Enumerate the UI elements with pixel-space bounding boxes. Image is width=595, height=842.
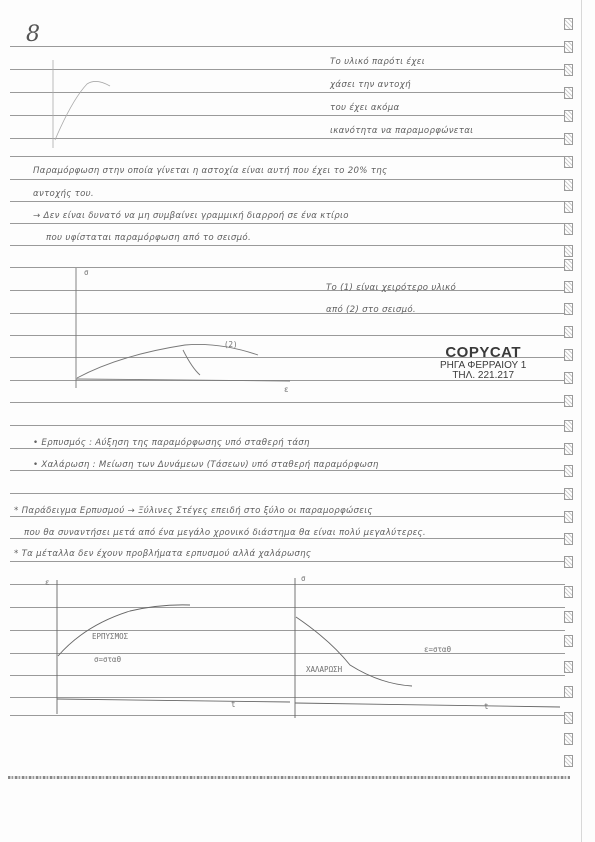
faint-top-graph [53, 60, 110, 148]
scan-edge-line [8, 776, 570, 779]
graph2-relaxation-plot [295, 578, 560, 718]
notebook-page: 8 Το υλικό παρότι έχει χάσει την αντοχή … [0, 0, 595, 842]
hand-sketches [0, 0, 595, 842]
graph2-creep-plot [57, 580, 290, 714]
graph1-stress-strain [76, 268, 290, 388]
